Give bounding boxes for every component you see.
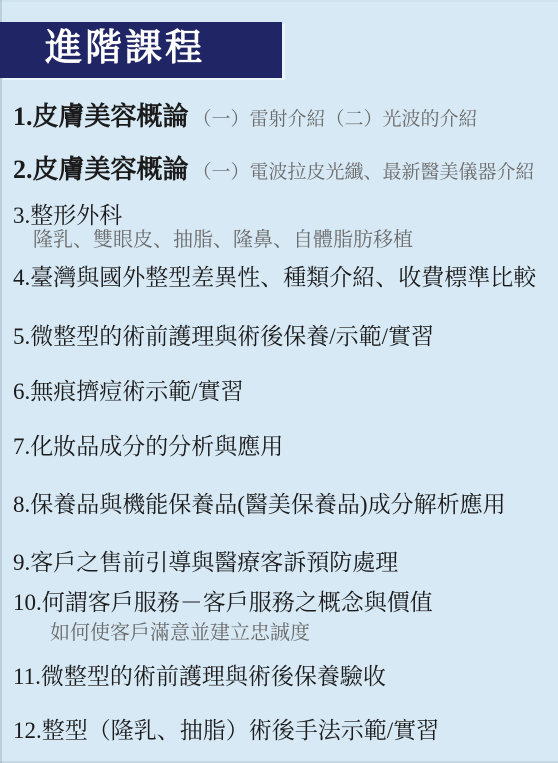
course-item-10-subline: 如何使客戶滿意並建立忠誠度 (50, 620, 310, 646)
course-item-3-subline: 隆乳、雙眼皮、抽脂、隆鼻、自體脂肪移植 (33, 227, 413, 253)
course-item-1: 1.皮膚美容概論（一）雷射介紹（二）光波的介紹 (13, 102, 478, 135)
course-item-7-title: 7.化妝品成分的分析與應用 (13, 434, 283, 459)
course-item-9: 9.客戶之售前引導與醫療客訴預防處理 (13, 548, 398, 578)
course-flyer: 進階課程 1.皮膚美容概論（一）雷射介紹（二）光波的介紹 2.皮膚美容概論（一）… (0, 0, 558, 763)
page-title: 進階課程 (45, 30, 205, 67)
course-item-2: 2.皮膚美容概論（一）電波拉皮光纖、最新醫美儀器介紹 (13, 155, 535, 188)
course-item-2-title: 2.皮膚美容概論 (13, 155, 189, 184)
course-item-1-title: 1.皮膚美容概論 (13, 102, 189, 131)
course-item-1-note: （一）雷射介紹（二）光波的介紹 (193, 109, 478, 130)
course-item-12-title: 12.整型（隆乳、抽脂）術後手法示範/實習 (13, 718, 439, 743)
course-item-6-title: 6.無痕擠痘術示範/實習 (13, 379, 244, 404)
course-item-5-title: 5.微整型的術前護理與術後保養/示範/實習 (13, 324, 434, 349)
course-item-5: 5.微整型的術前護理與術後保養/示範/實習 (13, 322, 434, 352)
course-item-11: 11.微整型的術前護理與術後保養驗收 (13, 662, 386, 692)
course-item-6: 6.無痕擠痘術示範/實習 (13, 377, 244, 407)
course-item-12: 12.整型（隆乳、抽脂）術後手法示範/實習 (13, 716, 439, 746)
course-item-7: 7.化妝品成分的分析與應用 (13, 432, 283, 462)
course-item-3-title: 3.整形外科 (13, 203, 122, 228)
course-item-9-title: 9.客戶之售前引導與醫療客訴預防處理 (13, 550, 398, 575)
course-item-11-title: 11.微整型的術前護理與術後保養驗收 (13, 664, 386, 689)
header-banner: 進階課程 (0, 22, 282, 78)
course-item-8: 8.保養品與機能保養品(醫美保養品)成分解析應用 (13, 490, 506, 520)
course-item-4: 4.臺灣與國外整型差異性、種類介紹、收費標準比較 (13, 263, 536, 293)
course-item-10: 10.何謂客戶服務－客戶服務之概念與價值 (13, 588, 433, 618)
course-item-8-title: 8.保養品與機能保養品(醫美保養品)成分解析應用 (13, 492, 506, 517)
course-item-10-title: 10.何謂客戶服務－客戶服務之概念與價值 (13, 590, 433, 615)
course-item-4-title: 4.臺灣與國外整型差異性、種類介紹、收費標準比較 (13, 265, 536, 290)
course-item-2-note: （一）電波拉皮光纖、最新醫美儀器介紹 (193, 162, 535, 183)
